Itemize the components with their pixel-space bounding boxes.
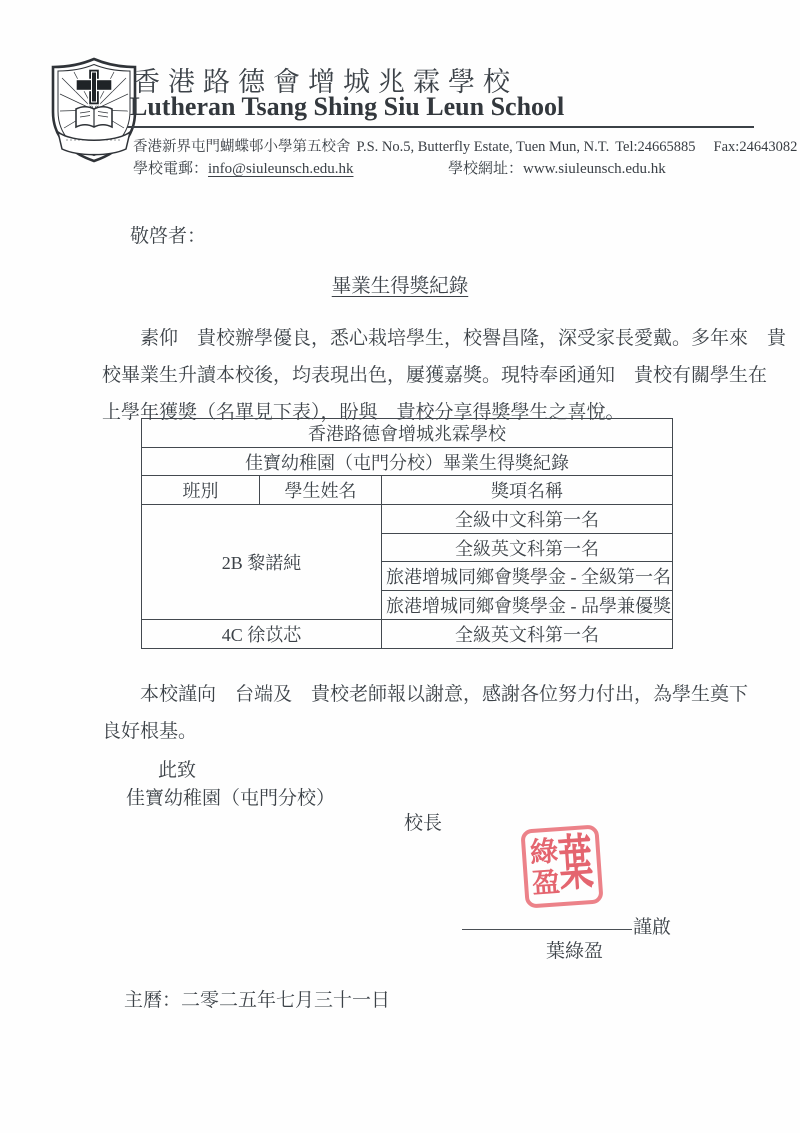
closing-paragraph: 本校謹向 台端及 貴校老師報以謝意，感謝各位努力付出，為學生奠下 良好根基。: [102, 676, 748, 750]
address-zh: 香港新界屯門蝴蝶邨小學第五校舍: [133, 139, 351, 155]
body-paragraph: 素仰 貴校辦學優良，悉心栽培學生，校譽昌隆，深受家長愛戴。多年來 貴 校畢業生升…: [102, 320, 786, 431]
address-en: P.S. No.5, Butterfly Estate, Tuen Mun, N…: [357, 139, 610, 155]
column-header-class: 班別: [142, 476, 260, 505]
award-cell: 全級英文科第一名: [382, 619, 673, 648]
phone-number: Tel:24665885: [615, 139, 695, 155]
website-address: www.siuleunsch.edu.hk: [523, 161, 666, 177]
table-row: 4C 徐苡芯 全級英文科第一名: [142, 619, 673, 648]
school-address-line: 香港新界屯門蝴蝶邨小學第五校舍P.S. No.5, Butterfly Esta…: [133, 135, 797, 156]
table-header-row: 班別 學生姓名 獎項名稱: [142, 476, 673, 505]
open-book-icon: [76, 107, 112, 127]
school-crest-logo: [50, 56, 138, 164]
salutation: 敬啓者：: [130, 221, 206, 248]
website-label: 學校網址：: [448, 161, 523, 177]
student-name-cell: 2B 黎諾純: [142, 505, 382, 620]
letter-page: 香港路德會增城兆霖學校 Lutheran Tsang Shing Siu Leu…: [0, 0, 800, 1133]
signoff-label: 謹啟: [633, 912, 671, 939]
signer-name: 葉綠盈: [546, 936, 603, 963]
seal-left-column: 綠 盈: [529, 836, 561, 900]
school-name-en: Lutheran Tsang Shing Siu Leun School: [130, 92, 564, 122]
principal-label: 校長: [404, 808, 442, 835]
school-email-line: 學校電郵：info@siuleunsch.edu.hk: [133, 157, 353, 178]
awards-table: 香港路德會增城兆霖學校 佳寶幼稚園（屯門分校）畢業生得獎紀錄 班別 學生姓名 獎…: [141, 418, 673, 649]
seal-char: 綠: [529, 836, 559, 869]
table-row: 2B 黎諾純 全級中文科第一名: [142, 505, 673, 534]
award-cell: 全級中文科第一名: [382, 505, 673, 534]
column-header-student: 學生姓名: [260, 476, 382, 505]
signature-line: [462, 929, 632, 930]
seal-char: 盈: [531, 867, 561, 900]
email-address: info@siuleunsch.edu.hk: [208, 161, 353, 177]
body-line: 素仰 貴校辦學優良，悉心栽培學生，校譽昌隆，深受家長愛戴。多年來 貴: [102, 320, 786, 357]
email-label: 學校電郵：: [133, 161, 208, 177]
date-line: 主曆：二零二五年七月三十一日: [124, 985, 390, 1012]
closing-line: 本校謹向 台端及 貴校老師報以謝意，感謝各位努力付出，為學生奠下: [102, 676, 748, 713]
award-cell: 旅港增城同鄉會獎學金 - 全級第一名: [382, 562, 673, 591]
school-website-line: 學校網址：www.siuleunsch.edu.hk: [448, 157, 666, 178]
column-header-award: 獎項名稱: [382, 476, 673, 505]
fax-number: Fax:24643082: [714, 139, 798, 155]
student-name-cell: 4C 徐苡芯: [142, 619, 382, 648]
award-cell: 全級英文科第一名: [382, 533, 673, 562]
award-cell: 旅港增城同鄉會獎學金 - 品學兼優獎: [382, 591, 673, 620]
table-title-school: 香港路德會增城兆霖學校: [142, 419, 673, 448]
table-title-record: 佳寶幼稚園（屯門分校）畢業生得獎紀錄: [142, 447, 673, 476]
closing-line: 良好根基。: [102, 713, 748, 750]
header-divider: [127, 126, 754, 128]
seal-right-column: 葉: [558, 847, 594, 883]
table-title-row: 香港路德會增城兆霖學校: [142, 419, 673, 448]
enclosure-phrase: 此致: [158, 755, 196, 782]
table-title-row: 佳寶幼稚園（屯門分校）畢業生得獎紀錄: [142, 447, 673, 476]
body-line: 校畢業生升讀本校後，均表現出色，屢獲嘉獎。現特奉函通知 貴校有關學生在: [102, 357, 786, 394]
seal-char: 葉: [557, 835, 595, 897]
document-title: 畢業生得獎紀錄: [0, 270, 800, 298]
principal-name-seal: 綠 盈 葉: [520, 824, 603, 908]
addressee: 佳寶幼稚園（屯門分校）: [126, 783, 335, 810]
